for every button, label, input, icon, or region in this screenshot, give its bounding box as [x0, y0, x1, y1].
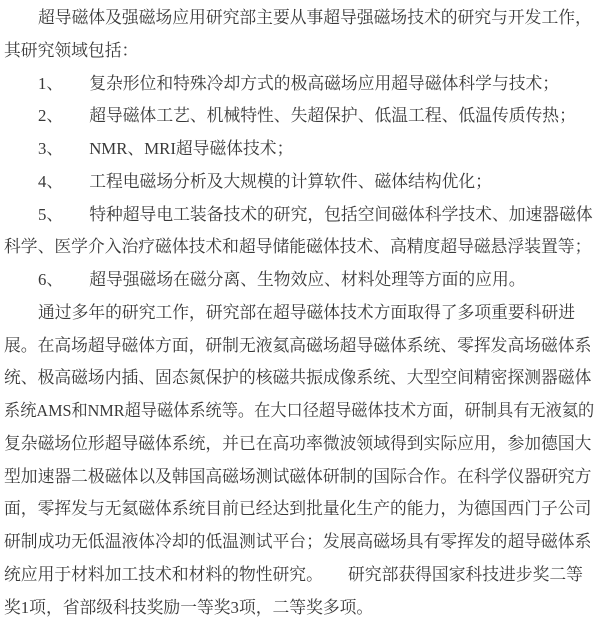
- list-item-6-text: 超导强磁场在磁分离、生物效应、材料处理等方面的应用。: [89, 270, 525, 289]
- list-item-3-number: 3、: [38, 139, 63, 158]
- list-item-4-text: 工程电磁场分析及大规模的计算软件、磁体结构优化；: [89, 172, 492, 191]
- list-item-2: 2、超导磁体工艺、机械特性、失超保护、低温工程、低温传质传热；: [4, 100, 596, 133]
- document-page: 超导磁体及强磁场应用研究部主要从事超导强磁场技术的研究与开发工作， 其研究领域包…: [0, 0, 602, 625]
- achievements-line-7: 面，零挥发与无氦磁体系统目前已经达到批量化生产的能力，为德国西门子公司: [4, 493, 596, 526]
- achievements-line-10: 奖1项，省部级科技奖励一等奖3项，二等奖多项。: [4, 592, 596, 625]
- list-item-2-number: 2、: [38, 106, 63, 125]
- list-item-4: 4、工程电磁场分析及大规模的计算软件、磁体结构优化；: [4, 166, 596, 199]
- achievements-line-8: 研制成功无低温液体冷却的低温测试平台；发展高磁场具有零挥发的超导磁体系: [4, 526, 596, 559]
- list-item-4-number: 4、: [38, 172, 63, 191]
- list-item-5: 5、特种超导电工装备技术的研究，包括空间磁体科学技术、加速器磁体: [4, 199, 596, 232]
- list-item-3-text: NMR、MRI超导磁体技术；: [89, 139, 293, 158]
- list-item-1: 1、复杂形位和特殊冷却方式的极高磁场应用超导磁体科学与技术；: [4, 68, 596, 101]
- achievements-line-4: 系统AMS和NMR超导磁体系统等。在大口径超导磁体技术方面，研制具有无液氦的: [4, 395, 575, 428]
- list-item-1-number: 1、: [38, 74, 63, 93]
- list-item-5-number: 5、: [38, 205, 63, 224]
- achievements-line-9: 统应用于材料加工技术和材料的物性研究。 研究部获得国家科技进步奖二等: [4, 559, 596, 592]
- list-item-3: 3、NMR、MRI超导磁体技术；: [4, 133, 596, 166]
- achievements-line-1: 通过多年的研究工作，研究部在超导磁体技术方面取得了多项重要科研进: [4, 297, 596, 330]
- list-item-5-text: 特种超导电工装备技术的研究，包括空间磁体科学技术、加速器磁体: [89, 205, 592, 224]
- list-item-2-text: 超导磁体工艺、机械特性、失超保护、低温工程、低温传质传热；: [89, 106, 576, 125]
- achievements-line-3: 统、极高磁场内插、固态氮保护的核磁共振成像系统、大型空间精密探测器磁体: [4, 362, 596, 395]
- achievements-line-2: 展。在高场超导磁体方面，研制无液氦高磁场超导磁体系统、零挥发高场磁体系: [4, 330, 596, 363]
- list-item-6: 6、超导强磁场在磁分离、生物效应、材料处理等方面的应用。: [4, 264, 596, 297]
- achievements-line-5: 复杂磁场位形超导磁体系统，并已在高功率微波领域得到实际应用，参加德国大: [4, 428, 596, 461]
- list-item-6-number: 6、: [38, 270, 63, 289]
- achievements-line-6: 型加速器二极磁体以及韩国高磁场测试磁体研制的国际合作。在科学仪器研究方: [4, 461, 596, 494]
- intro-line-1: 超导磁体及强磁场应用研究部主要从事超导强磁场技术的研究与开发工作，: [4, 2, 596, 35]
- intro-line-2: 其研究领域包括：: [4, 35, 596, 68]
- list-item-1-text: 复杂形位和特殊冷却方式的极高磁场应用超导磁体科学与技术；: [89, 74, 559, 93]
- list-item-5-continuation: 科学、医学介入治疗磁体技术和超导储能磁体技术、高精度超导磁悬浮装置等；: [4, 231, 596, 264]
